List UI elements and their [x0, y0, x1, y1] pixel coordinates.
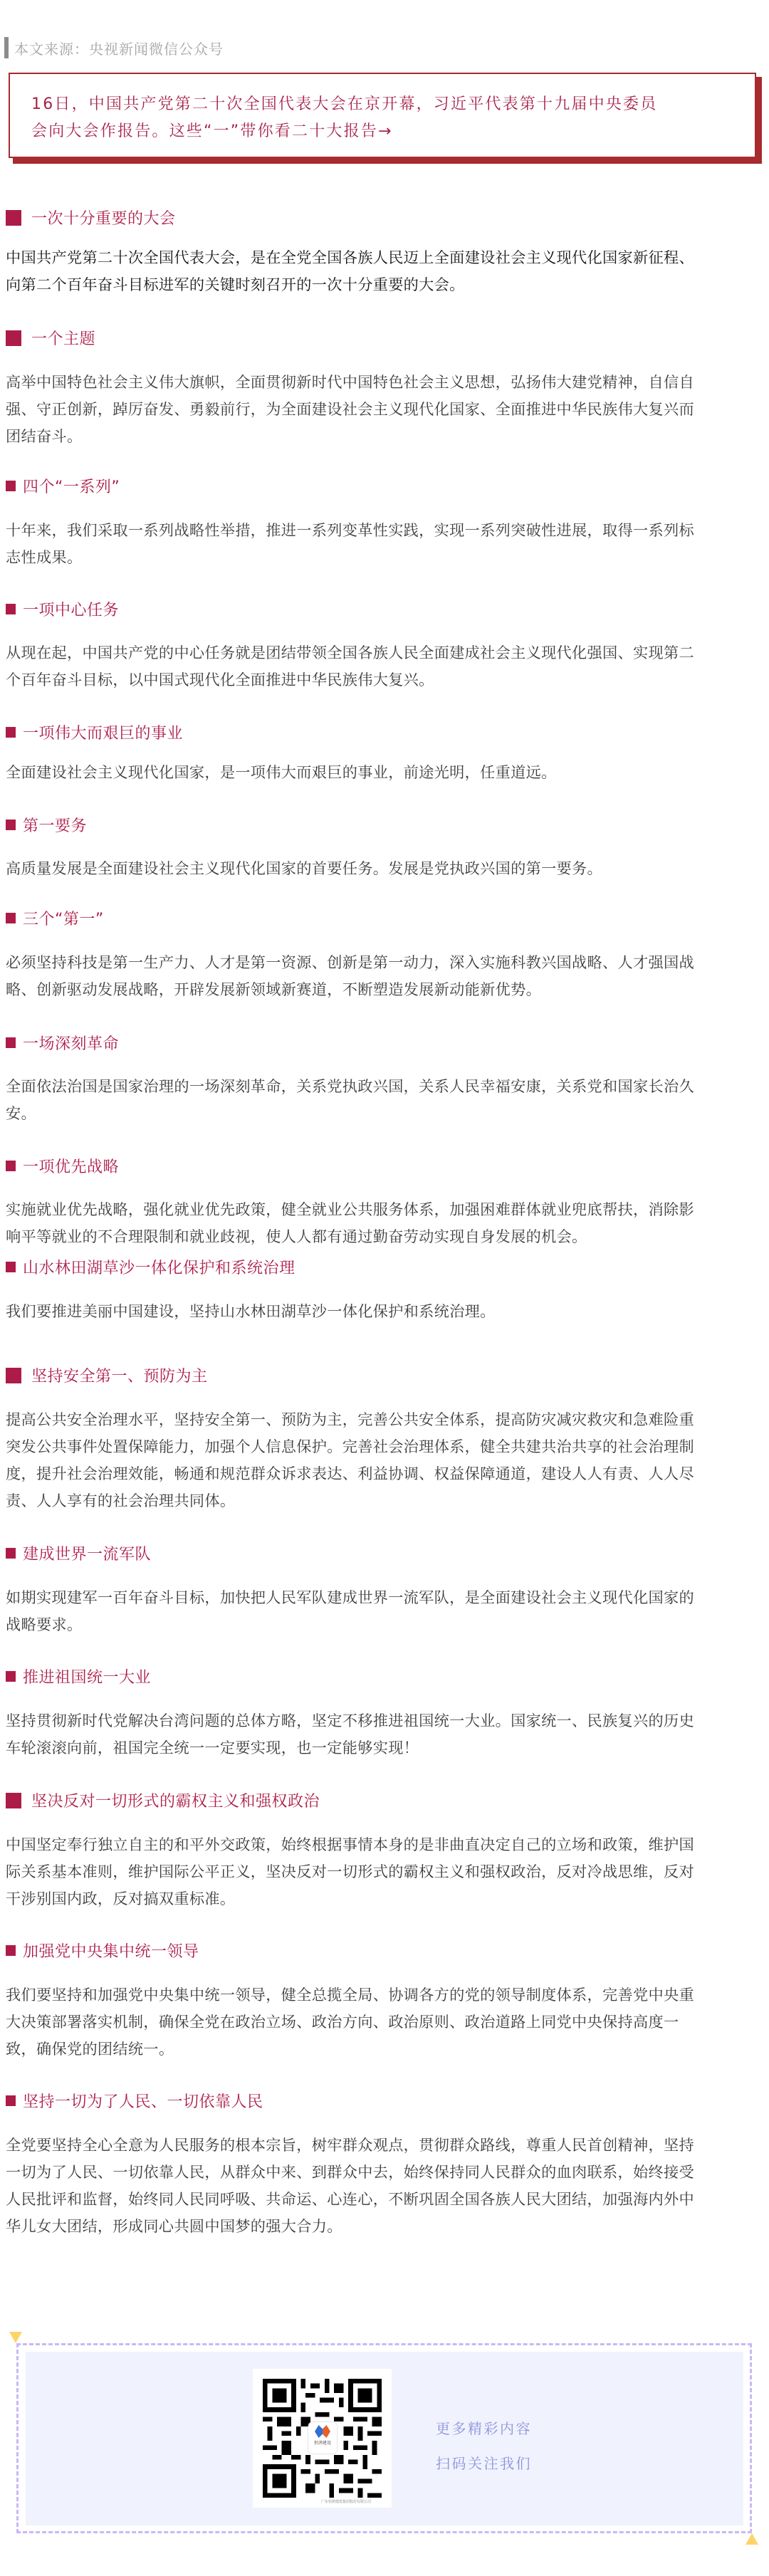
- paragraph-line: 高举中国特色社会主义伟大旗帜，全面贯彻新时代中国特色社会主义思想，弘扬伟大建党精…: [6, 371, 763, 392]
- paragraph-line: 响平等就业的不合理限制和就业歧视，使人人都有通过勤奋劳动实现自身发展的机会。: [6, 1225, 763, 1247]
- paragraph-line: 际关系基本准则，维护国际公平正义，坚决反对一切形式的霸权主义和强权政治，反对冷战…: [6, 1860, 763, 1882]
- paragraph-line: 全党要坚持全心全意为人民服务的根本宗旨，树牢群众观点，贯彻群众路线，尊重人民首创…: [6, 2134, 763, 2155]
- paragraph-line: 如期实现建军一百年奋斗目标，加快把人民军队建成世界一流军队，是全面建设社会主义现…: [6, 1586, 763, 1608]
- square-bullet-icon: [6, 1548, 16, 1559]
- paragraph-line: 实施就业优先战略，强化就业优先政策，健全就业公共服务体系，加强困难群体就业兜底帮…: [6, 1198, 763, 1220]
- paragraph-line: 中国共产党第二十次全国代表大会，是在全党全国各族人民迈上全面建设社会主义现代化国…: [6, 246, 763, 268]
- source-label: 本文来源：央视新闻微信公众号: [14, 38, 224, 58]
- paragraph-line: 安。: [6, 1102, 763, 1124]
- square-bullet-icon: [6, 1262, 16, 1272]
- section-heading: 一个主题: [6, 327, 95, 349]
- section-heading: 一项中心任务: [6, 598, 119, 620]
- corner-arrow-icon: [9, 2332, 22, 2343]
- square-bullet-icon: [6, 2095, 16, 2106]
- paragraph-line: 团结奋斗。: [6, 425, 763, 446]
- paragraph-line: 个百年奋斗目标，以中国式现代化全面推进中华民族伟大复兴。: [6, 669, 763, 690]
- square-bullet-icon: [6, 1368, 21, 1383]
- follow-line-more: 更多精彩内容: [436, 2417, 532, 2438]
- paragraph-line: 人民批评和监督，始终同人民同呼吸、共命运、心连心，不断巩固全国各族人民大团结，加…: [6, 2188, 763, 2209]
- section-heading: 一项伟大而艰巨的事业: [6, 721, 183, 743]
- section-heading: 一项优先战略: [6, 1155, 119, 1177]
- paragraph-line: 中国坚定奉行独立自主的和平外交政策，始终根据事情本身的是非曲直决定自己的立场和政…: [6, 1833, 763, 1855]
- paragraph-line: 全面依法治国是国家治理的一场深刻革命，关系党执政兴国，关系人民幸福安康，关系党和…: [6, 1075, 763, 1096]
- intro-box[interactable]: 16日，中国共产党第二十次全国代表大会在京开幕，习近平代表第十九届中央委员 会向…: [9, 73, 756, 158]
- paragraph-line: 十年来，我们采取一系列战略性举措，推进一系列变革性实践，实现一系列突破性进展，取…: [6, 519, 763, 540]
- paragraph-line: 略、创新驱动发展战略，开辟发展新领域新赛道，不断塑造发展新动能新优势。: [6, 978, 763, 1000]
- paragraph-line: 突发公共事件处置保障能力，加强个人信息保护。完善社会治理体系，健全共建共治共享的…: [6, 1435, 763, 1457]
- section-heading: 山水林田湖草沙一体化保护和系统治理: [6, 1256, 295, 1278]
- section-heading: 坚持安全第一、预防为主: [6, 1364, 208, 1386]
- square-bullet-icon: [6, 330, 21, 346]
- square-bullet-icon: [6, 1793, 21, 1808]
- paragraph-line: 从现在起，中国共产党的中心任务就是团结带领全国各族人民全面建成社会主义现代化强国…: [6, 642, 763, 663]
- paragraph-line: 我们要推进美丽中国建设，坚持山水林田湖草沙一体化保护和系统治理。: [6, 1300, 763, 1321]
- paragraph-line: 战略要求。: [6, 1613, 763, 1635]
- square-bullet-icon: [6, 481, 16, 491]
- square-bullet-icon: [6, 727, 16, 738]
- section-heading: 一场深刻革命: [6, 1032, 119, 1054]
- qr-caption: 广东恒鸿建设集团股份有限公司: [321, 2499, 371, 2504]
- section-heading: 四个“一系列”: [6, 475, 120, 497]
- section-heading: 坚决反对一切形式的霸权主义和强权政治: [6, 1789, 320, 1811]
- article-source: 本文来源：央视新闻微信公众号: [4, 37, 224, 58]
- follow-line-scan: 扫码关注我们: [436, 2452, 532, 2473]
- paragraph-line: 度，提升社会治理效能，畅通和规范群众诉求表达、利益协调、权益保障通道，建设人人有…: [6, 1462, 763, 1484]
- qr-code[interactable]: 恒鸿建设 广东恒鸿建设集团股份有限公司: [253, 2369, 392, 2508]
- square-bullet-icon: [6, 1671, 16, 1682]
- square-bullet-icon: [6, 820, 16, 830]
- section-heading: 坚持一切为了人民、一切依靠人民: [6, 2090, 263, 2112]
- brand-logo-icon: [315, 2425, 330, 2438]
- section-heading: 三个“第一”: [6, 907, 104, 929]
- paragraph-line: 大决策部署落实机制，确保全党在政治立场、政治方向、政治原则、政治道路上同党中央保…: [6, 2011, 763, 2032]
- corner-arrow-icon: [746, 2533, 758, 2545]
- square-bullet-icon: [6, 1161, 16, 1171]
- paragraph-line: 向第二个百年奋斗目标进军的关键时刻召开的一次十分重要的大会。: [6, 273, 763, 295]
- paragraph-line: 高质量发展是全面建设社会主义现代化国家的首要任务。发展是党执政兴国的第一要务。: [6, 857, 763, 879]
- section-heading: 加强党中央集中统一领导: [6, 1939, 199, 1962]
- paragraph-line: 我们要坚持和加强党中央集中统一领导，健全总揽全局、协调各方的党的领导制度体系，完…: [6, 1984, 763, 2005]
- paragraph-line: 提高公共安全治理水平，坚持安全第一、预防为主，完善公共安全体系，提高防灾减灾救灾…: [6, 1408, 763, 1430]
- intro-line: 16日，中国共产党第二十次全国代表大会在京开幕，习近平代表第十九届中央委员: [31, 92, 657, 114]
- paragraph-line: 责、人人享有的社会治理共同体。: [6, 1489, 763, 1511]
- source-bar: [4, 37, 9, 58]
- square-bullet-icon: [6, 913, 16, 923]
- square-bullet-icon: [6, 1945, 16, 1956]
- paragraph-line: 致，确保党的团结统一。: [6, 2038, 763, 2059]
- paragraph-line: 必须坚持科技是第一生产力、人才是第一资源、创新是第一动力，深入实施科教兴国战略、…: [6, 951, 763, 973]
- paragraph-line: 全面建设社会主义现代化国家，是一项伟大而艰巨的事业，前途光明，任重道远。: [6, 761, 763, 782]
- intro-line: 会向大会作报告。这些“一”带你看二十大报告→: [31, 119, 393, 141]
- section-heading: 推进祖国统一大业: [6, 1665, 151, 1687]
- paragraph-line: 坚持贯彻新时代党解决台湾问题的总体方略，坚定不移推进祖国统一大业。国家统一、民族…: [6, 1710, 763, 1731]
- square-bullet-icon: [6, 604, 16, 614]
- paragraph-line: 车轮滚滚向前，祖国完全统一一定要实现，也一定能够实现！: [6, 1737, 763, 1758]
- paragraph-line: 华儿女大团结，形成同心共圆中国梦的强大合力。: [6, 2215, 763, 2236]
- paragraph-line: 一切为了人民、一切依靠人民，从群众中来、到群众中去，始终保持同人民群众的血肉联系…: [6, 2161, 763, 2182]
- section-heading: 建成世界一流军队: [6, 1542, 151, 1564]
- square-bullet-icon: [6, 210, 21, 226]
- paragraph-line: 志性成果。: [6, 546, 763, 567]
- brand-logo: 恒鸿建设: [308, 2422, 337, 2454]
- section-heading: 第一要务: [6, 814, 87, 836]
- paragraph-line: 强、守正创新，踔厉奋发、勇毅前行，为全面建设社会主义现代化国家、全面推进中华民族…: [6, 398, 763, 419]
- square-bullet-icon: [6, 1037, 16, 1048]
- section-heading: 一次十分重要的大会: [6, 206, 176, 229]
- brand-logo-text: 恒鸿建设: [314, 2441, 331, 2446]
- paragraph-line: 干涉别国内政，反对搞双重标准。: [6, 1888, 763, 1909]
